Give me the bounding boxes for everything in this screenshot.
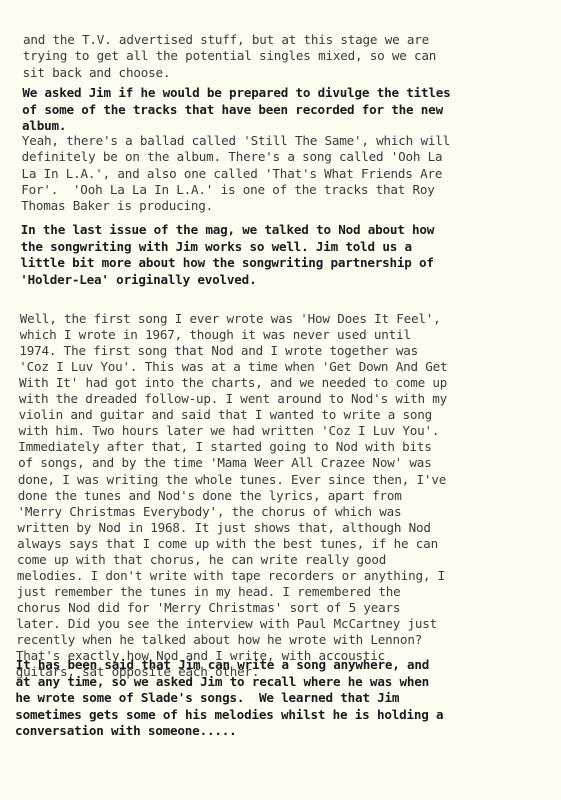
answer-line: violin and guitar and said that I wanted… [19,407,499,423]
question-line: of some of the tracks that have been rec… [22,102,502,118]
answer-line: always says that I come up with the best… [17,536,497,552]
answer-line: 'Merry Christmas Everybody', the chorus … [18,504,498,520]
answer-line: Immediately after that, I started going … [18,439,498,455]
question-line: We asked Jim if he would be prepared to … [22,85,502,101]
answer-line: chorus Nod did for 'Merry Christmas' sor… [16,600,496,616]
answer-line: 'Coz I Luv You'. This was at a time when… [19,359,499,375]
answer-line: With It' had got into the charts, and we… [19,375,499,391]
answer-line: done, I was writing the whole tunes. Eve… [18,472,498,488]
question-line: It has been said that Jim can write a so… [16,657,496,673]
answer-line: definitely be on the album. There's a so… [22,149,502,165]
answer-line: Well, the first song I ever wrote was 'H… [20,311,500,327]
question-line: album. [22,118,502,134]
answer-line: with him. Two hours later we had written… [18,423,498,439]
answer-line: 1974. The first song that Nod and I wrot… [19,343,499,359]
answer-line: La In L.A.', and also one called 'That's… [21,166,501,182]
answer-line: trying to get all the potential singles … [23,48,503,64]
answer-line: recently when he talked about how he wro… [16,632,496,648]
question-line: 'Holder-Lea' originally evolved. [20,272,500,288]
question-line: he wrote some of Slade's songs. We learn… [15,690,495,706]
question-line: at any time, so we asked Jim to recall w… [16,674,496,690]
answer-line: melodies. I don't write with tape record… [17,568,497,584]
answer-line: sit back and choose. [23,65,503,81]
question-line: the songwriting with Jim works so well. … [21,239,501,255]
answer-line: done the tunes and Nod's done the lyrics… [18,488,498,504]
answer-line: of songs, and by the time 'Mama Weer All… [18,455,498,471]
answer-line: and the T.V. advertised stuff, but at th… [23,32,503,48]
answer-line: just remember the tunes in my head. I re… [17,584,497,600]
question-line: sometimes gets some of his melodies whil… [15,707,495,723]
answer-line: which I wrote in 1967, though it was nev… [20,327,500,343]
answer-line: with the dreaded follow-up. I went aroun… [19,391,499,407]
question-line: conversation with someone..... [15,723,495,739]
document-page: and the T.V. advertised stuff, but at th… [0,0,561,800]
question-line: In the last issue of the mag, we talked … [21,222,501,238]
answer-line: For'. 'Ooh La La In L.A.' is one of the … [21,182,501,198]
answer-line: Yeah, there's a ballad called 'Still The… [22,133,502,149]
answer-line: later. Did you see the interview with Pa… [16,616,496,632]
answer-line: written by Nod in 1968. It just shows th… [17,520,497,536]
answer-line: Thomas Baker is producing. [21,198,501,214]
answer-line: come up with that chorus, he can write r… [17,552,497,568]
question-line: little bit more about how the songwritin… [20,255,500,271]
